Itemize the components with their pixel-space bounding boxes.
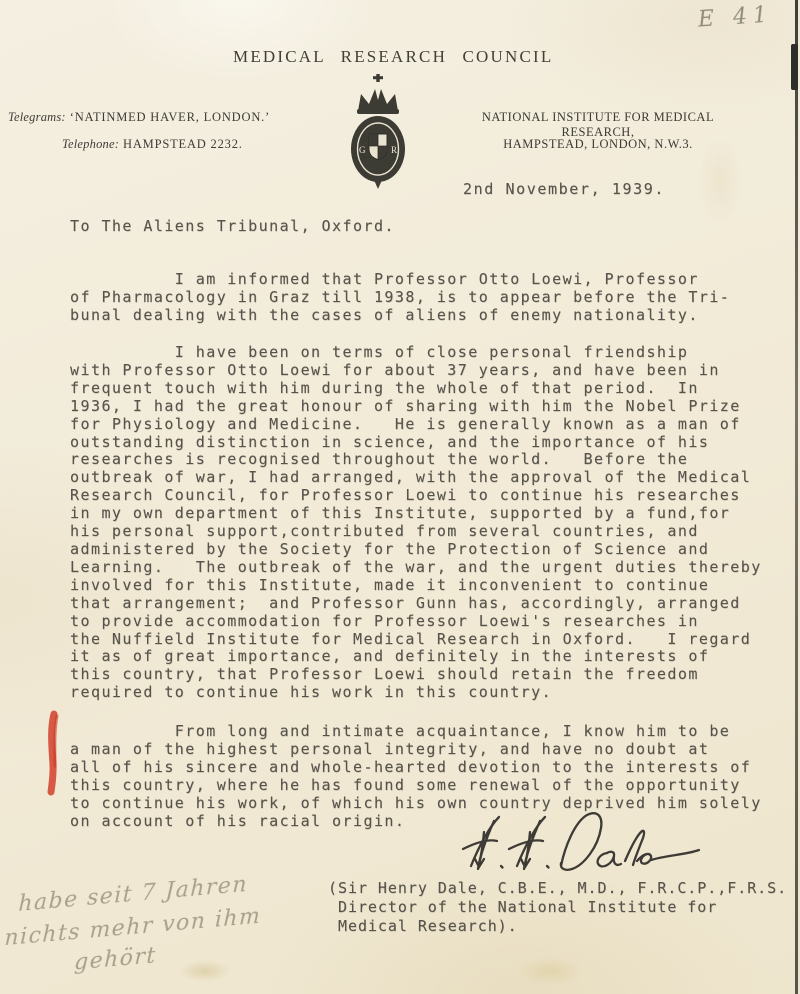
telegrams-line: Telegrams: ‘NATINMED HAVER, LONDON.’ bbox=[8, 110, 270, 125]
letter-page: E 41 MEDICAL RESEARCH COUNCIL Telegrams:… bbox=[0, 0, 800, 994]
institute-address-line: HAMPSTEAD, LONDON, N.W.3. bbox=[446, 137, 750, 152]
royal-crest-icon: G R bbox=[338, 74, 418, 190]
telegrams-label: Telegrams: bbox=[8, 110, 66, 124]
telephone-label: Telephone: bbox=[62, 137, 119, 151]
paragraph-2: I have been on terms of close personal f… bbox=[70, 344, 762, 702]
paragraph-1: I am informed that Professor Otto Loewi,… bbox=[70, 271, 730, 325]
pencil-file-reference: E 41 bbox=[697, 2, 774, 32]
scan-edge-line bbox=[795, 0, 798, 994]
institute-name-line: NATIONAL INSTITUTE FOR MEDICAL RESEARCH, bbox=[446, 110, 750, 140]
scan-edge-blob bbox=[791, 44, 798, 90]
crest-letter-r: R bbox=[391, 145, 397, 155]
paper-smudge bbox=[170, 956, 240, 986]
crest-letter-g: G bbox=[359, 145, 366, 155]
telegrams-value: ‘NATINMED HAVER, LONDON.’ bbox=[70, 110, 270, 124]
organization-title: MEDICAL RESEARCH COUNCIL bbox=[233, 47, 553, 67]
telephone-value: HAMPSTEAD 2232. bbox=[123, 137, 243, 151]
closing-block: (Sir Henry Dale, C.B.E., M.D., F.R.C.P.,… bbox=[328, 879, 787, 935]
pencil-note-line-3: gehört bbox=[74, 943, 157, 975]
salutation: To The Aliens Tribunal, Oxford. bbox=[70, 218, 395, 236]
letter-date: 2nd November, 1939. bbox=[463, 181, 665, 199]
red-margin-mark bbox=[40, 708, 70, 803]
paper-smudge bbox=[505, 952, 595, 990]
signature-handwriting bbox=[435, 806, 705, 884]
telephone-line: Telephone: HAMPSTEAD 2232. bbox=[62, 137, 243, 152]
